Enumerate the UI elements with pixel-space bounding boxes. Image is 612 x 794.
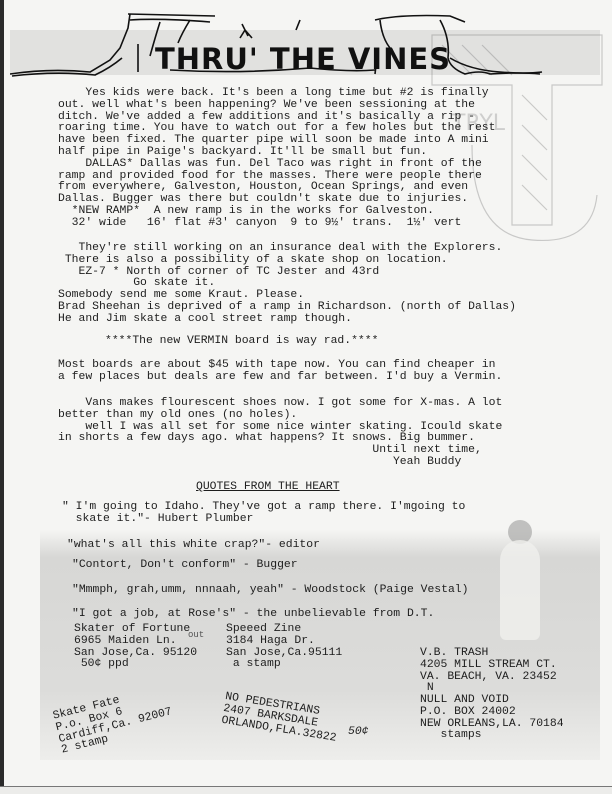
masthead: THRU' THE VINES [10, 8, 610, 78]
scan-bottom-edge [0, 786, 612, 794]
zine-page: TRYL THRU' THE VI [0, 0, 612, 794]
intro-paragraphs: Yes kids were back. It's been a long tim… [58, 88, 495, 230]
quotes-heading: QUOTES FROM THE HEART [196, 482, 340, 494]
zine-address-null-and-void: NULL AND VOID P.O. BOX 24002 NEW ORLEANS… [420, 695, 564, 742]
quote-item: "what's all this white crap?"- editor [67, 540, 320, 552]
zine-title: THRU' THE VINES [155, 42, 451, 76]
closing-paragraphs: Vans makes flourescent shoes now. I got … [58, 398, 502, 469]
out-of-print-mark: out [188, 630, 204, 642]
quote-item: "Mmmph, grah,umm, nnnaah, yeah" - Woodst… [72, 585, 468, 597]
zine-address-skater-of-fortune: Skater of Fortune 6965 Maiden Ln. San Jo… [74, 624, 197, 671]
news-paragraphs: They're still working on an insurance de… [58, 243, 516, 326]
quote-item: " I'm going to Idaho. They've got a ramp… [62, 502, 465, 526]
no-pedestrians-price: 50¢ [348, 727, 369, 739]
quote-item: "Contort, Don't conform" - Bugger [72, 560, 298, 572]
scan-left-edge [0, 0, 4, 794]
zine-address-vb-trash: V.B. TRASH 4205 MILL STREAM CT. VA. BEAC… [420, 648, 557, 695]
vermin-announcement: ****The new VERMIN board is way rad.**** [105, 336, 378, 348]
board-prices-paragraph: Most boards are about $45 with tape now.… [58, 360, 502, 384]
zine-address-speeed-zine: Speeed Zine 3184 Haga Dr. San Jose,Ca.95… [226, 624, 342, 671]
quote-item: "I got a job, at Rose's" - the unbelieva… [72, 609, 434, 621]
skater-figure [500, 540, 540, 640]
